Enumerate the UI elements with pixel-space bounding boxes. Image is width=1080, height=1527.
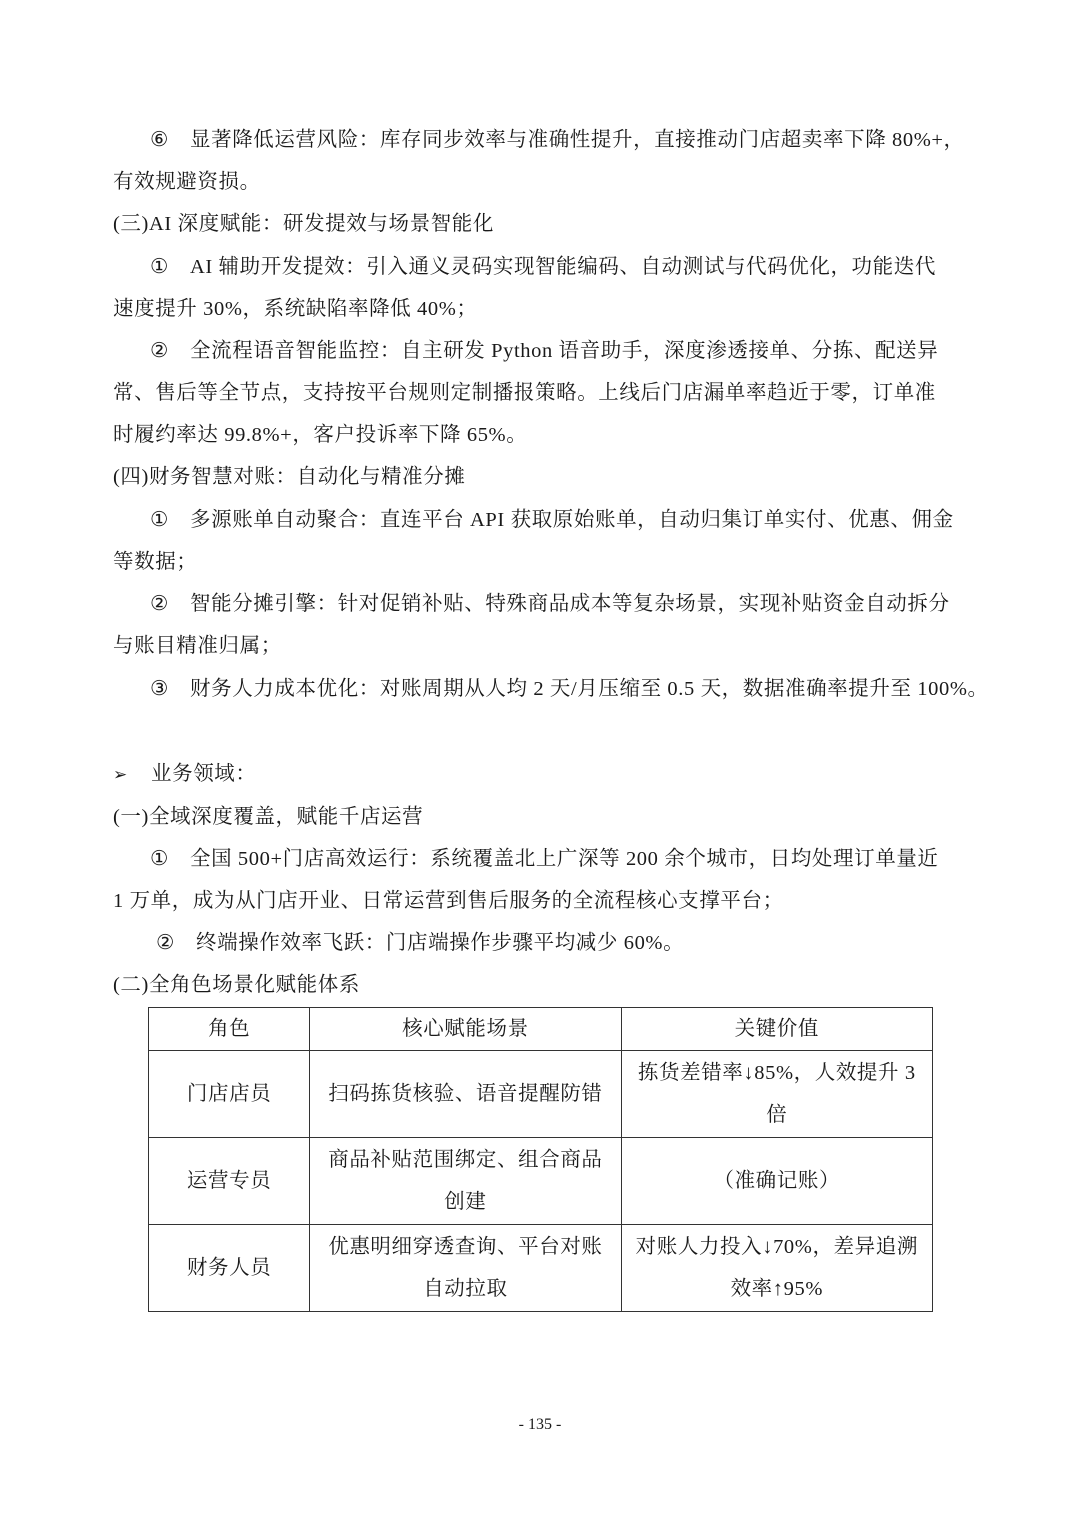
paragraph-ai-item1-cont: 速度提升 30%，系统缺陷率降低 40%； [113,295,973,323]
circled-number: ⑥ [150,126,190,154]
document-page: ⑥显著降低运营风险：库存同步效率与准确性提升，直接推动门店超卖率下降 80%+，… [0,0,1080,1527]
section-heading-coverage: (一)全域深度覆盖，赋能千店运营 [113,803,973,831]
table-cell-scenario: 优惠明细穿透查询、平台对账自动拉取 [310,1225,621,1312]
table-cell-value: 对账人力投入↓70%，差异追溯效率↑95% [621,1225,932,1312]
table-cell-scenario: 商品补贴范围绑定、组合商品创建 [310,1138,621,1225]
circled-number: ③ [150,675,190,703]
arrow-bullet-icon: ➢ [113,761,151,789]
paragraph-ai-item1: ①AI 辅助开发提效：引入通义灵码实现智能编码、自动测试与代码优化，功能迭代 [150,253,973,281]
business-domain-title: ➢业务领域： [113,760,973,789]
table-header-row: 角色 核心赋能场景 关键价值 [149,1008,933,1051]
page-number: - 135 - [0,1416,1080,1434]
table-cell-role: 运营专员 [149,1138,310,1225]
paragraph-ai-item2: ②全流程语音智能监控：自主研发 Python 语音助手，深度渗透接单、分拣、配送… [150,337,973,365]
circled-number: ① [150,253,190,281]
table-cell-role: 财务人员 [149,1225,310,1312]
paragraph-finance-item1: ①多源账单自动聚合：直连平台 API 获取原始账单，自动归集订单实付、优惠、佣金 [150,506,973,534]
table-row: 财务人员 优惠明细穿透查询、平台对账自动拉取 对账人力投入↓70%，差异追溯效率… [149,1225,933,1312]
paragraph-ai-item2-cont1: 常、售后等全节点，支持按平台规则定制播报策略。上线后门店漏单率趋近于零，订单准 [113,379,973,407]
paragraph-ai-item2-cont2: 时履约率达 99.8%+，客户投诉率下降 65%。 [113,421,973,449]
paragraph-risk-item6: ⑥显著降低运营风险：库存同步效率与准确性提升，直接推动门店超卖率下降 80%+， [150,126,973,154]
table-cell-value: 拣货差错率↓85%，人效提升 3 倍 [621,1051,932,1138]
circled-number: ② [156,929,196,957]
table-row: 运营专员 商品补贴范围绑定、组合商品创建 （准确记账） [149,1138,933,1225]
table-header-value: 关键价值 [621,1008,932,1051]
paragraph-coverage-item2: ②终端操作效率飞跃：门店端操作步骤平均减少 60%。 [156,929,979,957]
paragraph-finance-item2: ②智能分摊引擎：针对促销补贴、特殊商品成本等复杂场景，实现补贴资金自动拆分 [150,590,973,618]
table-cell-value: （准确记账） [621,1138,932,1225]
table-cell-role: 门店店员 [149,1051,310,1138]
circled-number: ② [150,337,190,365]
section-heading-ai: (三)AI 深度赋能：研发提效与场景智能化 [113,210,973,238]
paragraph-coverage-item1-cont: 1 万单，成为从门店开业、日常运营到售后服务的全流程核心支撑平台； [113,887,973,915]
paragraph-finance-item1-cont: 等数据； [113,548,973,576]
paragraph-finance-item2-cont: 与账目精准归属； [113,632,973,660]
paragraph-finance-item3: ③财务人力成本优化：对账周期从人均 2 天/月压缩至 0.5 天，数据准确率提升… [150,675,973,703]
table-header-scenario: 核心赋能场景 [310,1008,621,1051]
paragraph-risk-item6-cont: 有效规避资损。 [113,168,973,196]
circled-number: ② [150,590,190,618]
table-header-role: 角色 [149,1008,310,1051]
roles-table: 角色 核心赋能场景 关键价值 门店店员 扫码拣货核验、语音提醒防错 拣货差错率↓… [148,1007,933,1312]
section-heading-finance: (四)财务智慧对账：自动化与精准分摊 [113,463,973,491]
section-heading-roles: (二)全角色场景化赋能体系 [113,971,973,999]
table-cell-scenario: 扫码拣货核验、语音提醒防错 [310,1051,621,1138]
paragraph-coverage-item1: ①全国 500+门店高效运行：系统覆盖北上广深等 200 余个城市，日均处理订单… [150,845,973,873]
circled-number: ① [150,845,190,873]
circled-number: ① [150,506,190,534]
table-row: 门店店员 扫码拣货核验、语音提醒防错 拣货差错率↓85%，人效提升 3 倍 [149,1051,933,1138]
